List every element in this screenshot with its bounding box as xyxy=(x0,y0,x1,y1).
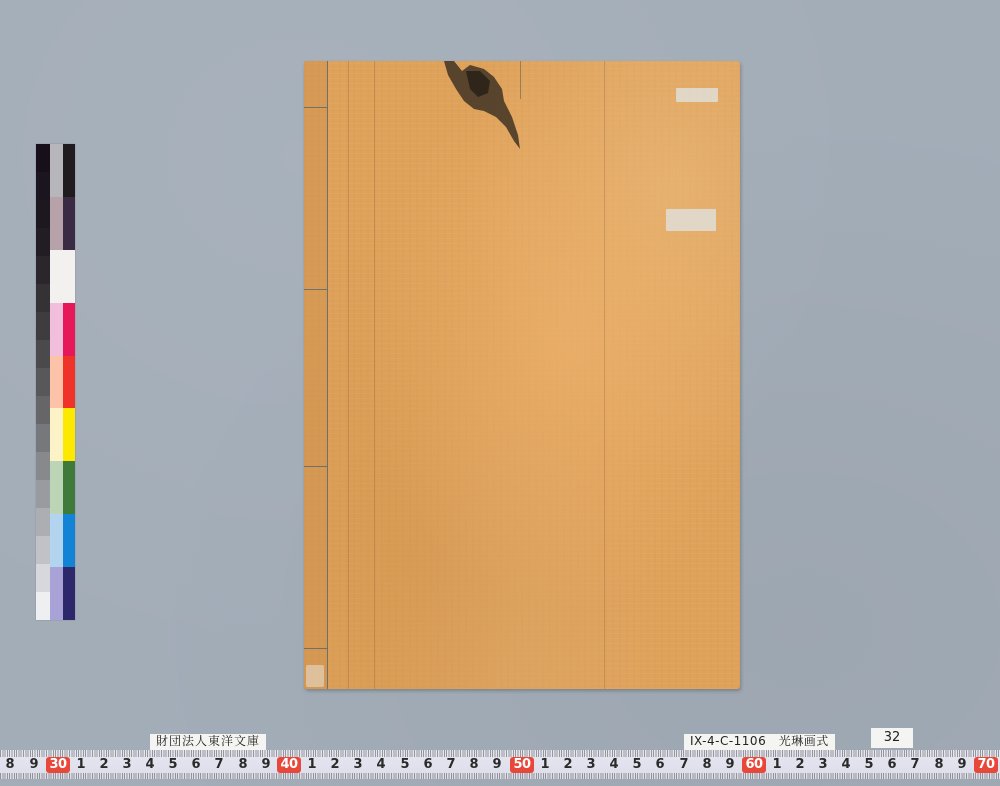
institution-label: 財団法人東洋文庫 xyxy=(150,734,266,750)
gray-patch xyxy=(36,312,50,340)
gray-patch xyxy=(36,424,50,452)
ruler-mark: 5 xyxy=(858,757,880,773)
cover-crease xyxy=(604,61,605,689)
gray-patch xyxy=(36,228,50,256)
color-patch-dark xyxy=(63,567,76,620)
gray-patch xyxy=(36,200,50,228)
color-patch-dark xyxy=(63,461,76,514)
ruler-major-mark: 60 xyxy=(742,757,766,773)
ruler-mark: 5 xyxy=(394,757,416,773)
ruler-mark: 2 xyxy=(93,757,115,773)
ruler-mark: 8 xyxy=(0,757,21,773)
book-spine-binding xyxy=(304,61,328,689)
gray-patch xyxy=(36,508,50,536)
gray-patch xyxy=(36,144,50,172)
ruler-mark: 6 xyxy=(417,757,439,773)
gray-patch xyxy=(36,396,50,424)
ruler-mark: 7 xyxy=(440,757,462,773)
ruler-mark: 2 xyxy=(789,757,811,773)
binding-stitch xyxy=(304,648,328,649)
color-patch-light xyxy=(50,514,63,567)
color-patch-row xyxy=(50,408,75,461)
color-patch-dark xyxy=(63,303,76,356)
gray-patch xyxy=(36,536,50,564)
ink-stain xyxy=(444,61,524,149)
ruler-major-mark: 50 xyxy=(510,757,534,773)
ruler-mark: 9 xyxy=(23,757,45,773)
tape-residue xyxy=(666,209,716,231)
gray-patch xyxy=(36,256,50,284)
ruler-mark: 8 xyxy=(696,757,718,773)
ruler-mark: 4 xyxy=(370,757,392,773)
grayscale-column xyxy=(36,144,50,620)
color-patch-row xyxy=(50,250,75,303)
color-patch-light xyxy=(50,144,63,197)
measuring-ruler: 8930123456789401234567895012345678960123… xyxy=(0,750,1000,779)
ruler-mark: 2 xyxy=(324,757,346,773)
gray-patch xyxy=(36,172,50,200)
worn-corner xyxy=(306,665,324,687)
book-cover xyxy=(304,61,740,689)
ruler-mark: 9 xyxy=(255,757,277,773)
gray-patch xyxy=(36,592,50,620)
catalog-id-label: IX-4-C-1106 光琳画式 xyxy=(684,734,835,750)
ruler-mark: 8 xyxy=(232,757,254,773)
cover-crease xyxy=(348,61,349,689)
ruler-mark: 1 xyxy=(301,757,323,773)
gray-patch xyxy=(36,368,50,396)
ruler-mark: 3 xyxy=(580,757,602,773)
gray-patch xyxy=(36,284,50,312)
ruler-mark: 1 xyxy=(70,757,92,773)
ruler-major-mark: 70 xyxy=(974,757,998,773)
color-patch-light xyxy=(50,461,63,514)
ruler-mark: 5 xyxy=(162,757,184,773)
ruler-mark: 3 xyxy=(347,757,369,773)
ruler-mark: 9 xyxy=(486,757,508,773)
color-patch-row xyxy=(50,567,75,620)
gray-patch xyxy=(36,452,50,480)
ruler-mark: 1 xyxy=(534,757,556,773)
ruler-mark: 6 xyxy=(881,757,903,773)
ruler-mark: 8 xyxy=(928,757,950,773)
color-patch-light xyxy=(50,408,63,461)
cover-crease xyxy=(374,61,375,689)
ruler-mark: 7 xyxy=(904,757,926,773)
ruler-ticks-bottom xyxy=(0,773,1000,779)
ruler-mark: 9 xyxy=(719,757,741,773)
ruler-mark: 6 xyxy=(649,757,671,773)
ruler-ticks-top xyxy=(0,750,1000,757)
gray-patch xyxy=(36,564,50,592)
color-patch-dark xyxy=(63,197,76,250)
color-patch-row xyxy=(50,514,75,567)
ruler-major-mark: 40 xyxy=(277,757,301,773)
ruler-mark: 5 xyxy=(626,757,648,773)
ruler-mark: 2 xyxy=(557,757,579,773)
ruler-mark: 8 xyxy=(463,757,485,773)
color-patch-light xyxy=(50,356,63,409)
ruler-mark: 6 xyxy=(185,757,207,773)
color-calibration-strip xyxy=(36,144,75,620)
color-patch-row xyxy=(50,197,75,250)
color-patch-row xyxy=(50,356,75,409)
ruler-mark: 4 xyxy=(139,757,161,773)
ruler-mark: 3 xyxy=(812,757,834,773)
ruler-major-mark: 30 xyxy=(46,757,70,773)
color-patch-dark xyxy=(63,144,76,197)
color-patch-dark xyxy=(63,408,76,461)
color-patch-light xyxy=(50,567,63,620)
binding-stitch xyxy=(304,466,328,467)
color-patch-light xyxy=(50,303,63,356)
gray-patch xyxy=(36,480,50,508)
ruler-mark: 4 xyxy=(603,757,625,773)
ruler-numbers: 8930123456789401234567895012345678960123… xyxy=(0,757,1000,773)
binding-stitch xyxy=(304,289,328,290)
ruler-mark: 7 xyxy=(208,757,230,773)
color-patch-dark xyxy=(63,514,76,567)
color-patch-row xyxy=(50,461,75,514)
ruler-mark: 4 xyxy=(835,757,857,773)
binding-stitch xyxy=(304,107,328,108)
ruler-mark: 7 xyxy=(673,757,695,773)
color-patch-row xyxy=(50,144,75,197)
gray-patch xyxy=(36,340,50,368)
color-patch-light xyxy=(50,250,75,303)
frame-number-label: 32 xyxy=(871,728,913,748)
color-patch-dark xyxy=(63,356,76,409)
color-patch-column xyxy=(50,144,75,620)
ruler-mark: 9 xyxy=(951,757,973,773)
ruler-mark: 1 xyxy=(766,757,788,773)
color-patch-light xyxy=(50,197,63,250)
ruler-mark: 3 xyxy=(116,757,138,773)
tape-residue xyxy=(676,88,718,102)
color-patch-row xyxy=(50,303,75,356)
